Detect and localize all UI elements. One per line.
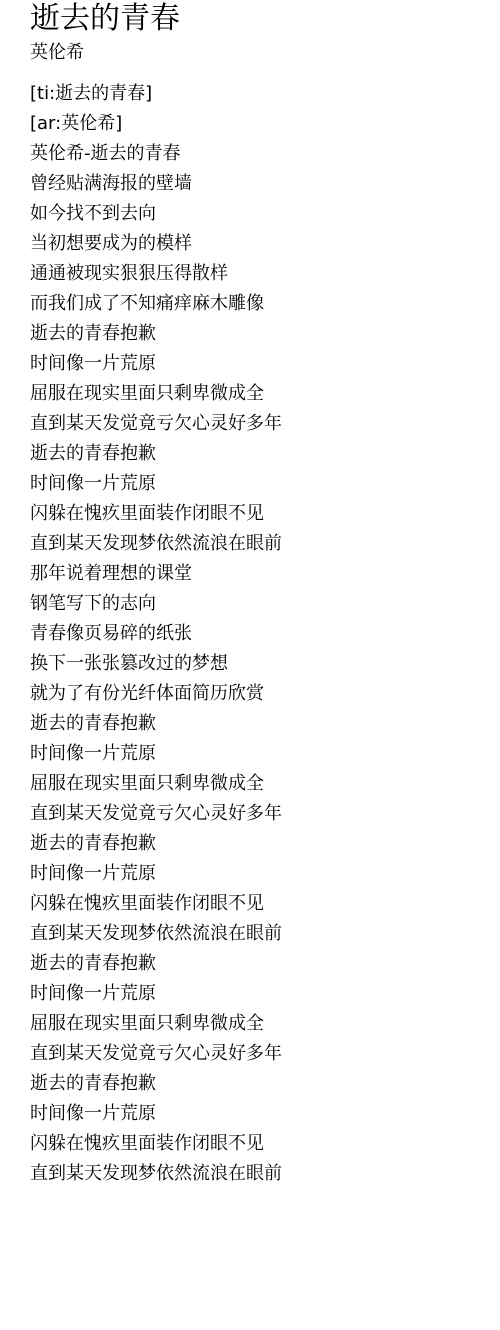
lyric-line: 屈服在现实里面只剩卑微成全 xyxy=(30,769,490,799)
song-artist: 英伦希 xyxy=(30,39,490,67)
lyric-line: 闪躲在愧疚里面装作闭眼不见 xyxy=(30,889,490,919)
lyric-line: 逝去的青春抱歉 xyxy=(30,949,490,979)
lyric-line: 而我们成了不知痛痒麻木雕像 xyxy=(30,289,490,319)
lyric-line: 直到某天发觉竟亏欠心灵好多年 xyxy=(30,409,490,439)
lyric-line: 时间像一片荒原 xyxy=(30,739,490,769)
lyric-line: 直到某天发现梦依然流浪在眼前 xyxy=(30,529,490,559)
lyric-line: 闪躲在愧疚里面装作闭眼不见 xyxy=(30,1129,490,1159)
lyric-line: 曾经贴满海报的壁墙 xyxy=(30,169,490,199)
lyric-line: 屈服在现实里面只剩卑微成全 xyxy=(30,379,490,409)
lyric-line: 当初想要成为的模样 xyxy=(30,229,490,259)
lyric-line: 时间像一片荒原 xyxy=(30,1099,490,1129)
lyric-line: 时间像一片荒原 xyxy=(30,979,490,1009)
lyric-line: 就为了有份光纤体面简历欣赏 xyxy=(30,679,490,709)
lyrics-page: 逝去的青春 英伦希 [ti:逝去的青春] [ar:英伦希] 英伦希-逝去的青春 … xyxy=(30,0,490,1189)
lyric-line: 直到某天发觉竟亏欠心灵好多年 xyxy=(30,799,490,829)
lyric-line: 英伦希-逝去的青春 xyxy=(30,139,490,169)
lyric-line: 逝去的青春抱歉 xyxy=(30,1069,490,1099)
lyric-line: 逝去的青春抱歉 xyxy=(30,829,490,859)
lyric-line: 直到某天发现梦依然流浪在眼前 xyxy=(30,1159,490,1189)
lyric-line: 那年说着理想的课堂 xyxy=(30,559,490,589)
lyric-line: 时间像一片荒原 xyxy=(30,469,490,499)
lyric-line: [ar:英伦希] xyxy=(30,109,490,139)
lyric-line: 如今找不到去向 xyxy=(30,199,490,229)
lyric-line: 逝去的青春抱歉 xyxy=(30,439,490,469)
lyric-line: 通通被现实狠狠压得散样 xyxy=(30,259,490,289)
lyric-line: 直到某天发觉竟亏欠心灵好多年 xyxy=(30,1039,490,1069)
lyric-line: 时间像一片荒原 xyxy=(30,859,490,889)
lyric-line: 屈服在现实里面只剩卑微成全 xyxy=(30,1009,490,1039)
lyric-line: [ti:逝去的青春] xyxy=(30,79,490,109)
lyric-line: 换下一张张篡改过的梦想 xyxy=(30,649,490,679)
lyric-line: 钢笔写下的志向 xyxy=(30,589,490,619)
lyric-line: 逝去的青春抱歉 xyxy=(30,319,490,349)
song-title: 逝去的青春 xyxy=(30,0,490,38)
lyrics-list: [ti:逝去的青春] [ar:英伦希] 英伦希-逝去的青春 曾经贴满海报的壁墙 … xyxy=(30,79,490,1189)
lyric-line: 闪躲在愧疚里面装作闭眼不见 xyxy=(30,499,490,529)
lyric-line: 逝去的青春抱歉 xyxy=(30,709,490,739)
lyric-line: 青春像页易碎的纸张 xyxy=(30,619,490,649)
lyric-line: 时间像一片荒原 xyxy=(30,349,490,379)
lyric-line: 直到某天发现梦依然流浪在眼前 xyxy=(30,919,490,949)
